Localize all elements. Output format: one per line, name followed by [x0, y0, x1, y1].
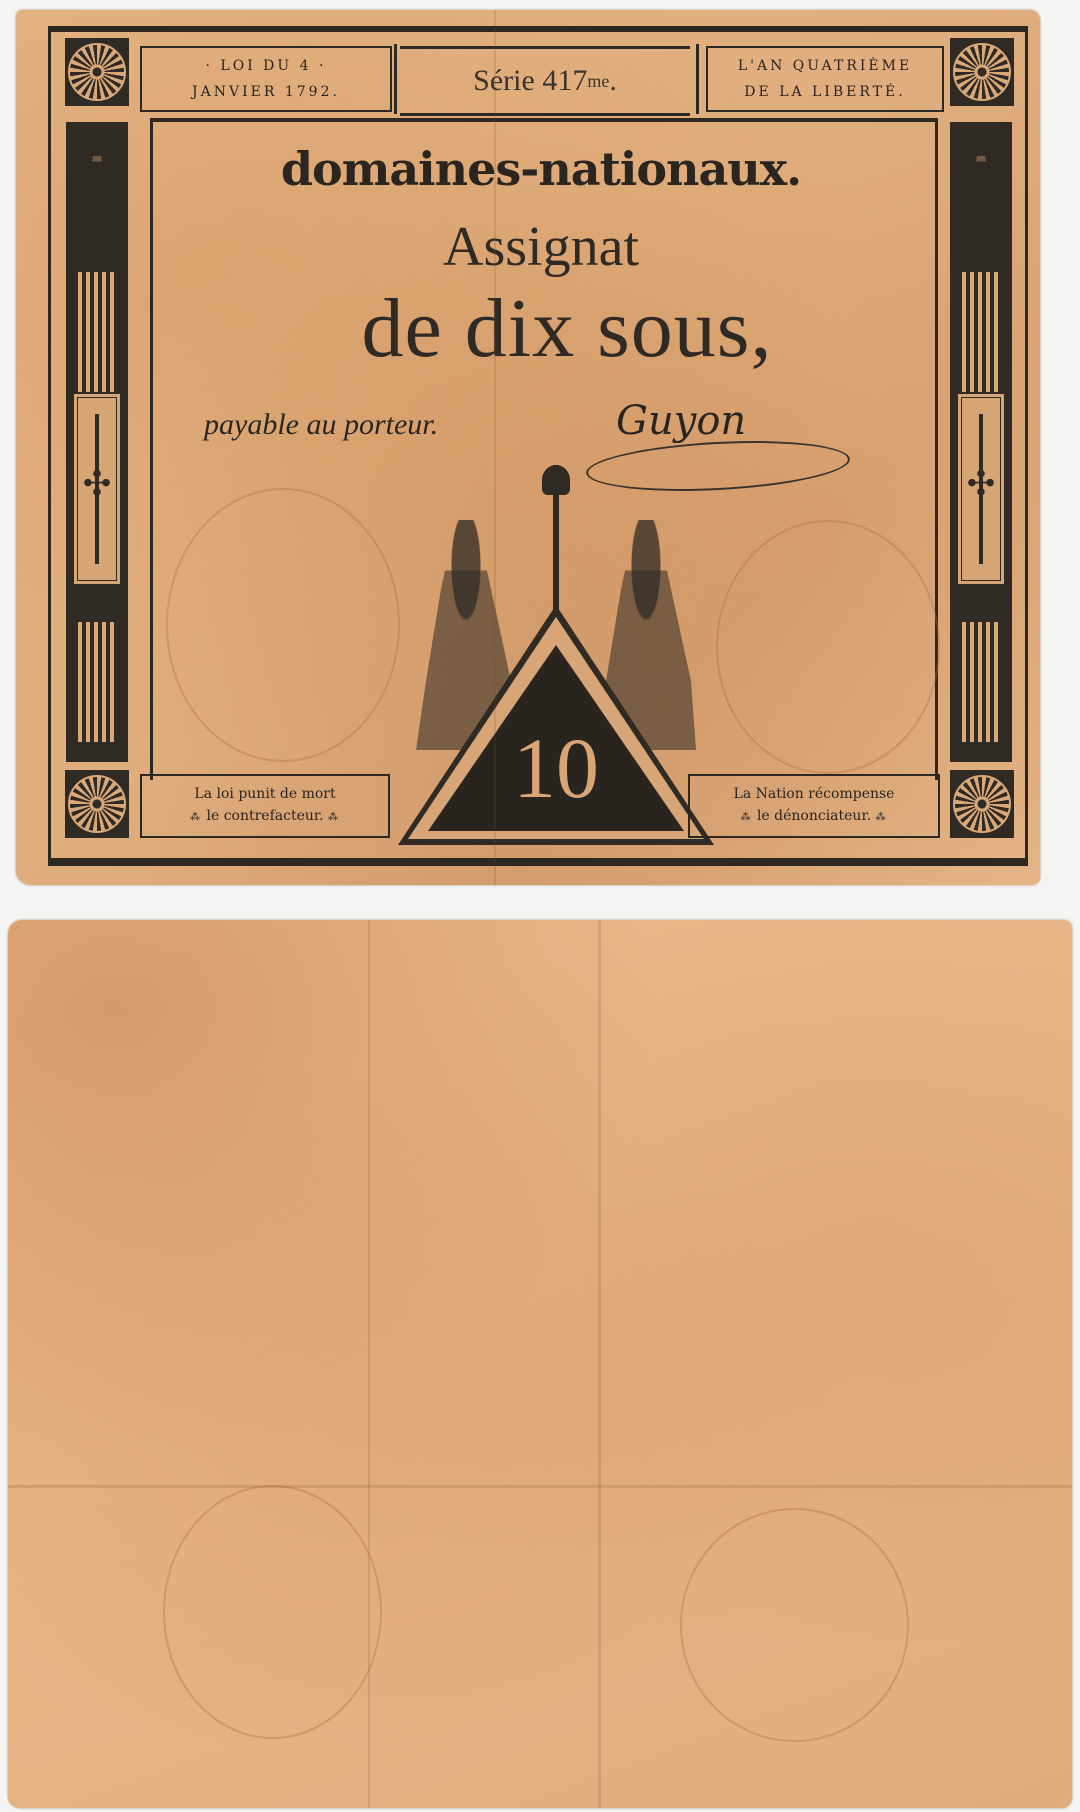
stars-icon: ⁂ [740, 812, 752, 823]
emblem-value: 10 [376, 725, 736, 811]
warning-line2-text: le contrefacteur. [206, 808, 323, 824]
banknote-back [8, 920, 1072, 1808]
triangle-emblem: 10 [376, 465, 736, 850]
reward-notice-box: La Nation récompense ⁂ le dénonciateur. … [688, 774, 940, 838]
series-suffix: me [587, 71, 609, 92]
rosette-bottom-left-icon [65, 770, 129, 838]
dry-seal-left [166, 488, 400, 762]
series-label: Série 417 [473, 64, 587, 98]
rosette-top-right-icon [950, 38, 1014, 106]
divider [394, 44, 397, 114]
signature: Guyon [616, 398, 746, 444]
reward-line1: La Nation récompense [734, 783, 895, 805]
fold-line [8, 1485, 1072, 1488]
stars-icon: ⁂ [876, 812, 888, 823]
series-number: Série 417me. [400, 46, 690, 116]
law-date-line1: · LOI DU 4 · [206, 53, 327, 79]
title-assignat: Assignat [150, 215, 932, 279]
law-date-line2: JANVIER 1792. [192, 79, 340, 105]
liberty-year-line2: DE LA LIBERTÉ. [744, 79, 905, 105]
rosette-top-left-icon [65, 38, 129, 106]
payable-text: payable au porteur. [204, 408, 438, 442]
fold-line [494, 10, 496, 885]
left-fasces-column [66, 122, 128, 762]
fold-line [368, 920, 370, 1808]
right-fasces-column [950, 122, 1012, 762]
reward-line2-text: le dénonciateur. [757, 808, 871, 824]
liberty-cap-icon [542, 465, 570, 495]
series-end: . [609, 64, 617, 98]
dry-seal-left [163, 1485, 382, 1739]
liberty-year-line1: L'AN QUATRIÈME [738, 53, 912, 79]
divider [696, 44, 699, 114]
dry-seal-right [716, 520, 940, 774]
rosette-bottom-right-icon [950, 770, 1014, 838]
liberty-year-box: L'AN QUATRIÈME DE LA LIBERTÉ. [706, 46, 944, 112]
warning-line1: La loi punit de mort [194, 783, 335, 805]
reward-line2: ⁂ le dénonciateur. ⁂ [740, 805, 887, 829]
counterfeit-warning-box: La loi punit de mort ⁂ le contrefacteur.… [140, 774, 390, 838]
stars-icon: ⁂ [328, 812, 340, 823]
banknote-front: · LOI DU 4 · JANVIER 1792. Série 417me. … [16, 10, 1040, 885]
denomination: de dix sous, [176, 280, 958, 377]
warning-line2: ⁂ le contrefacteur. ⁂ [190, 805, 340, 829]
law-date-box: · LOI DU 4 · JANVIER 1792. [140, 46, 392, 112]
stars-icon: ⁂ [190, 812, 202, 823]
title-domaines-nationaux: domaines-nationaux. [150, 142, 932, 196]
dry-seal-right [680, 1508, 909, 1742]
fold-line [598, 920, 601, 1808]
